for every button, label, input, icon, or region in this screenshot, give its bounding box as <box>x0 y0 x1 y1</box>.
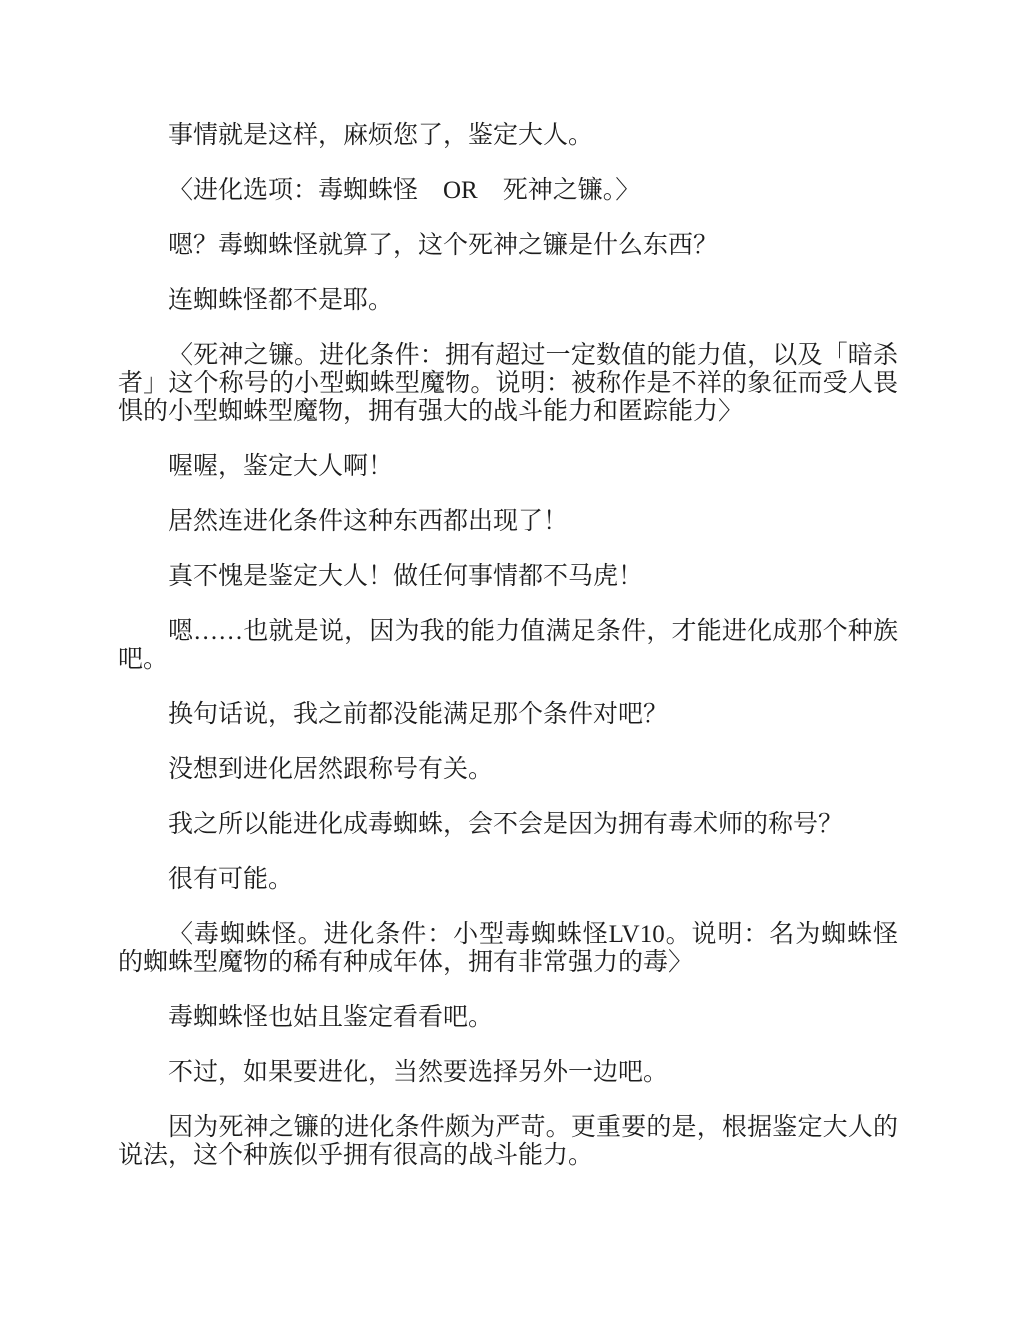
paragraph: 事情就是这样，麻烦您了，鉴定大人。 <box>118 122 898 150</box>
paragraph: 嗯？毒蜘蛛怪就算了，这个死神之镰是什么东西？ <box>118 232 898 260</box>
paragraph: 很有可能。 <box>118 866 898 894</box>
document-page: 事情就是这样，麻烦您了，鉴定大人。 〈进化选项：毒蜘蛛怪 OR 死神之镰。〉 嗯… <box>0 0 1020 1320</box>
paragraph: 换句话说，我之前都没能满足那个条件对吧？ <box>118 701 898 729</box>
paragraph-poison-taratect-description: 〈毒蜘蛛怪。进化条件：小型毒蜘蛛怪LV10。说明：名为蜘蛛怪的蜘蛛型魔物的稀有种… <box>118 921 898 977</box>
paragraph: 居然连进化条件这种东西都出现了！ <box>118 508 898 536</box>
paragraph: 连蜘蛛怪都不是耶。 <box>118 287 898 315</box>
paragraph-reaper-scythe-description: 〈死神之镰。进化条件：拥有超过一定数值的能力值，以及「暗杀者」这个称号的小型蜘蛛… <box>118 342 898 426</box>
paragraph: 没想到进化居然跟称号有关。 <box>118 756 898 784</box>
paragraph: 我之所以能进化成毒蜘蛛，会不会是因为拥有毒术师的称号？ <box>118 811 898 839</box>
paragraph: 因为死神之镰的进化条件颇为严苛。更重要的是，根据鉴定大人的说法，这个种族似乎拥有… <box>118 1114 898 1170</box>
paragraph: 毒蜘蛛怪也姑且鉴定看看吧。 <box>118 1004 898 1032</box>
paragraph: 不过，如果要进化，当然要选择另外一边吧。 <box>118 1059 898 1087</box>
paragraph: 真不愧是鉴定大人！做任何事情都不马虎！ <box>118 563 898 591</box>
paragraph: 喔喔，鉴定大人啊！ <box>118 453 898 481</box>
paragraph: 嗯……也就是说，因为我的能力值满足条件，才能进化成那个种族吧。 <box>118 618 898 674</box>
paragraph-evolution-options: 〈进化选项：毒蜘蛛怪 OR 死神之镰。〉 <box>118 177 898 205</box>
